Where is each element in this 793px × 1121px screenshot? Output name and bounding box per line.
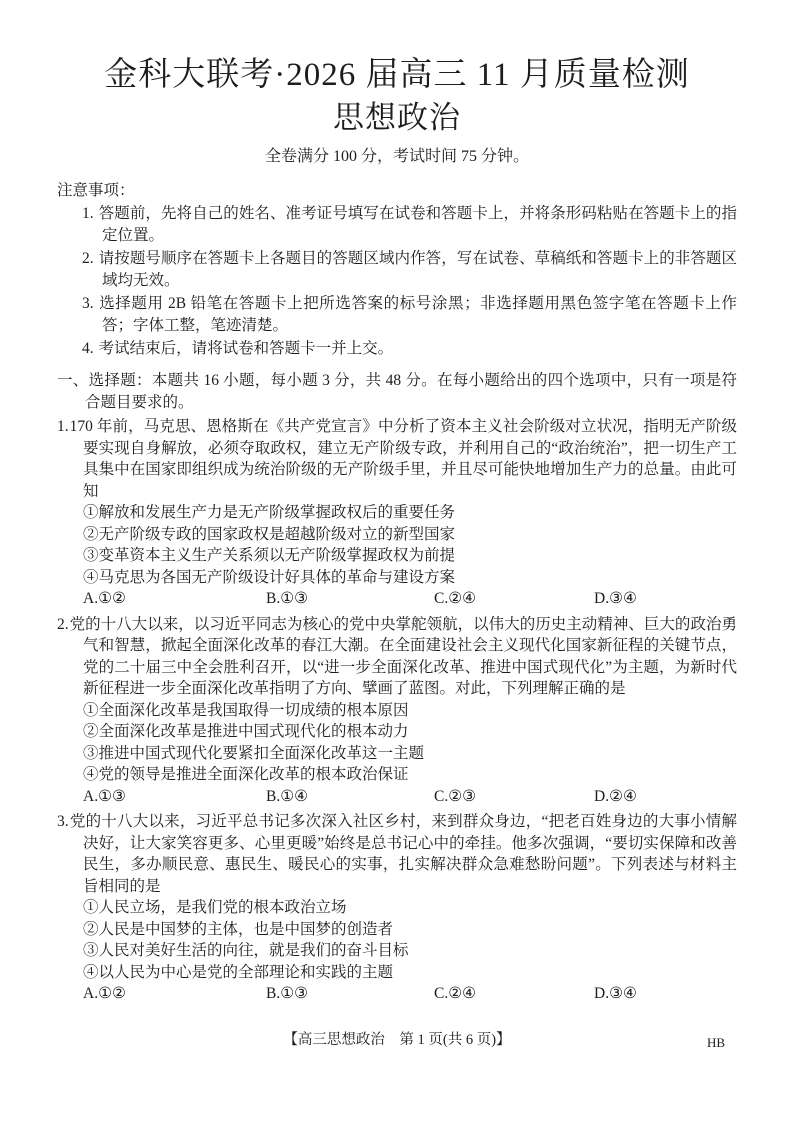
question-list: 1.170 年前，马克思、恩格斯在《共产党宣言》中分析了资本主义社会阶级对立状况…	[57, 416, 737, 1005]
choice-a: A.①③	[83, 786, 266, 808]
question-option: ③推进中国式现代化要紧扣全面深化改革这一主题	[83, 743, 737, 765]
question-number: 1.	[57, 418, 69, 435]
question-option: ①人民立场，是我们党的根本政治立场	[83, 897, 737, 919]
question-2: 2.党的十八大以来，以习近平同志为核心的党中央掌舵领航，以伟大的历史主动精神、巨…	[57, 614, 737, 808]
notice-item-number: 1.	[82, 205, 94, 222]
notice-item-text: 答题前，先将自己的姓名、准考证号填写在试卷和答题卡上，并将条形码粘贴在答题卡上的…	[99, 205, 737, 245]
exam-title: 金科大联考·2026 届高三 11 月质量检测	[57, 52, 737, 98]
choice-a: A.①②	[83, 983, 266, 1005]
question-stem-text: 党的十八大以来，习近平总书记多次深入社区乡村，来到群众身边，“把老百姓身边的大事…	[70, 813, 737, 895]
choice-d: D.③④	[594, 983, 737, 1005]
question-option: ③变革资本主义生产关系须以无产阶级掌握政权为前提	[83, 545, 737, 567]
question-option: ④马克思为各国无产阶级设计好具体的革命与建设方案	[83, 567, 737, 589]
question-option: ①解放和发展生产力是无产阶级掌握政权后的重要任务	[83, 502, 737, 524]
choices-row: A.①② B.①③ C.②④ D.③④	[83, 983, 737, 1005]
question-option: ③人民对美好生活的向往，就是我们的奋斗目标	[83, 940, 737, 962]
choices-row: A.①③ B.①④ C.②③ D.②④	[83, 786, 737, 808]
notice-block: 注意事项： 1.答题前，先将自己的姓名、准考证号填写在试卷和答题卡上，并将条形码…	[57, 180, 737, 360]
notice-heading: 注意事项：	[57, 180, 737, 203]
question-stem: 3.党的十八大以来，习近平总书记多次深入社区乡村，来到群众身边，“把老百姓身边的…	[83, 811, 737, 897]
section-heading: 一、选择题：本题共 16 小题，每小题 3 分，共 48 分。在每小题给出的四个…	[57, 370, 737, 414]
notice-item: 1.答题前，先将自己的姓名、准考证号填写在试卷和答题卡上，并将条形码粘贴在答题卡…	[57, 203, 737, 248]
notice-item-number: 4.	[82, 340, 94, 357]
choices-row: A.①② B.①③ C.②④ D.③④	[83, 588, 737, 610]
choice-c: C.②④	[434, 588, 594, 610]
notice-item: 2.请按题号顺序在答题卡上各题目的答题区域内作答，写在试卷、草稿纸和答题卡上的非…	[57, 248, 737, 293]
question-stem: 2.党的十八大以来，以习近平同志为核心的党中央掌舵领航，以伟大的历史主动精神、巨…	[83, 614, 737, 700]
notice-item-text: 请按题号顺序在答题卡上各题目的答题区域内作答，写在试卷、草稿纸和答题卡上的非答题…	[99, 250, 737, 290]
exam-meta: 全卷满分 100 分，考试时间 75 分钟。	[57, 146, 737, 168]
exam-page: 金科大联考·2026 届高三 11 月质量检测 思想政治 全卷满分 100 分，…	[0, 0, 793, 1121]
question-1: 1.170 年前，马克思、恩格斯在《共产党宣言》中分析了资本主义社会阶级对立状况…	[57, 416, 737, 610]
question-option: ②无产阶级专政的国家政权是超越阶级对立的新型国家	[83, 524, 737, 546]
question-number: 3.	[57, 813, 69, 830]
choice-a: A.①②	[83, 588, 266, 610]
question-option: ④党的领导是推进全面深化改革的根本政治保证	[83, 764, 737, 786]
choice-b: B.①③	[266, 588, 434, 610]
choice-c: C.②④	[434, 983, 594, 1005]
notice-item-number: 3.	[82, 295, 94, 312]
footer-page-label: 【高三思想政治 第 1 页(共 6 页)】	[57, 1030, 737, 1050]
notice-item-text: 考试结束后，请将试卷和答题卡一并上交。	[99, 340, 394, 357]
page-footer: 【高三思想政治 第 1 页(共 6 页)】 HB	[57, 1030, 737, 1050]
exam-subject: 思想政治	[57, 98, 737, 138]
choice-c: C.②③	[434, 786, 594, 808]
question-number: 2.	[57, 616, 69, 633]
notice-item: 4.考试结束后，请将试卷和答题卡一并上交。	[57, 338, 737, 361]
question-stem-text: 党的十八大以来，以习近平同志为核心的党中央掌舵领航，以伟大的历史主动精神、巨大的…	[70, 616, 737, 698]
notice-item-number: 2.	[82, 250, 94, 267]
choice-d: D.③④	[594, 588, 737, 610]
question-option: ②全面深化改革是推进中国式现代化的根本动力	[83, 721, 737, 743]
choice-b: B.①③	[266, 983, 434, 1005]
question-stem: 1.170 年前，马克思、恩格斯在《共产党宣言》中分析了资本主义社会阶级对立状况…	[83, 416, 737, 502]
choice-d: D.②④	[594, 786, 737, 808]
question-option: ①全面深化改革是我国取得一切成绩的根本原因	[83, 700, 737, 722]
question-option: ④以人民为中心是党的全部理论和实践的主题	[83, 962, 737, 984]
footer-code: HB	[707, 1033, 725, 1053]
notice-item: 3.选择题用 2B 铅笔在答题卡上把所选答案的标号涂黑；非选择题用黑色签字笔在答…	[57, 293, 737, 338]
question-option: ②人民是中国梦的主体，也是中国梦的创造者	[83, 919, 737, 941]
choice-b: B.①④	[266, 786, 434, 808]
question-stem-text: 170 年前，马克思、恩格斯在《共产党宣言》中分析了资本主义社会阶级对立状况，指…	[70, 418, 737, 500]
question-3: 3.党的十八大以来，习近平总书记多次深入社区乡村，来到群众身边，“把老百姓身边的…	[57, 811, 737, 1005]
notice-item-text: 选择题用 2B 铅笔在答题卡上把所选答案的标号涂黑；非选择题用黑色签字笔在答题卡…	[99, 295, 737, 335]
